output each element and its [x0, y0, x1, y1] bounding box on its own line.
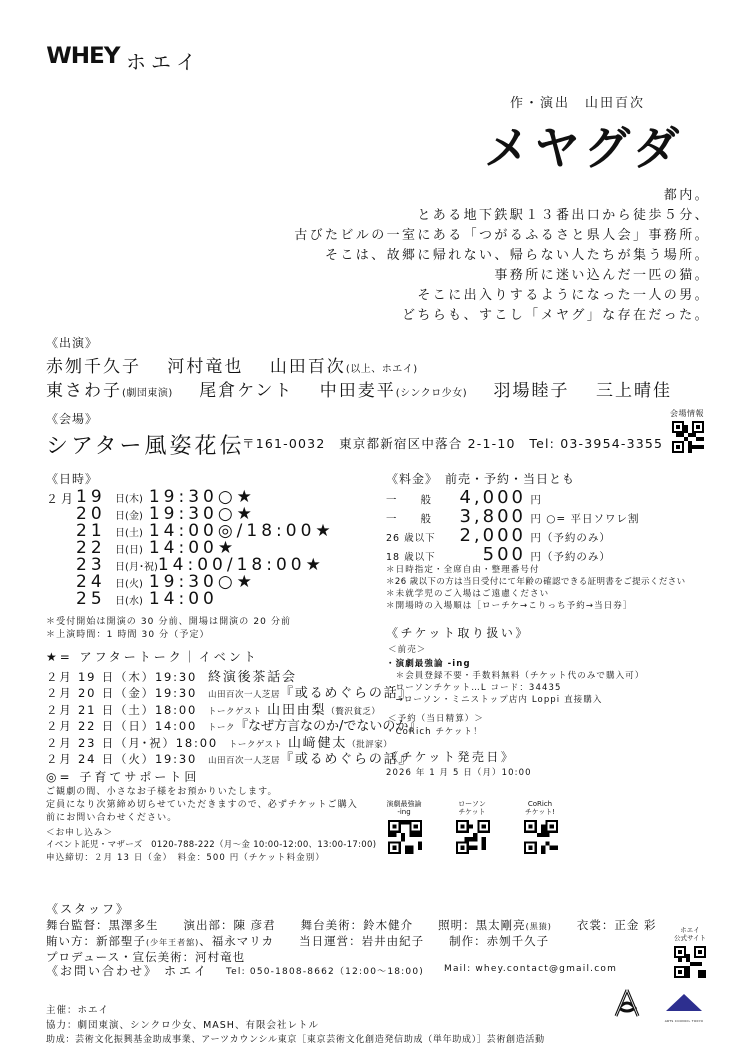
qr-label-corich: CoRichチケット! [520, 800, 560, 816]
whey-logo: WHEY [46, 44, 119, 69]
pricing-note: ＊日時指定・全席自由・整理番号付 [386, 563, 540, 576]
synopsis-line: そこは、故郷に帰れない、帰らない人たちが集う場所。 [294, 246, 710, 266]
pricing-label: 《料金》 前売・予約・当日とも [386, 470, 575, 487]
triangle-logo-icon [664, 993, 704, 1015]
cast-affiliation: (以上、ホエイ) [346, 364, 418, 375]
official-site-qr-code[interactable] [674, 946, 750, 978]
venue-qr-label: 会場情報 [670, 408, 704, 419]
company-name: ホエイ [126, 46, 201, 75]
play-title: メヤグダ [484, 112, 683, 178]
after-talk-row: ２月 22 日（日）14:00 トーク『なぜ方言なのか/でないのか』 [46, 715, 421, 731]
price-table: 一 般4,000 円 一 般3,800 円 ○= 平日ソワレ割 26 歳以下2,… [386, 487, 640, 563]
pricing-note: ＊26 歳以下の方は当日受付にて年齢の確認できる証明書をご提示ください [386, 575, 686, 588]
contact-org: ホエイ [164, 962, 209, 979]
tickets-label: 《チケット取り扱い》 [386, 624, 530, 641]
contact-email[interactable]: Mail: whey.contact@gmail.com [444, 964, 617, 974]
after-talk-row: ２月 24 日（火）19:30 山田百次一人芝居『或るめぐらの話』 [46, 748, 421, 764]
schedule-note: ＊受付開始は開演の 30 分前、開場は開演の 20 分前 [46, 614, 291, 627]
qr-code-corich[interactable] [524, 820, 750, 854]
synopsis-line: どちらも、すこし「メヤグ」な存在だった。 [294, 306, 710, 326]
childcare-text: 定員になり次第締め切らせていただきますので、必ずチケットご購入 [46, 797, 358, 810]
schedule-month: ２月 [46, 490, 76, 507]
cast-member: 中田麦平 [320, 381, 396, 401]
ticket-vendor-corich[interactable]: ・CoRich チケット！ [386, 725, 483, 738]
cooperation-credit: 協力：劇団東演、シンクロ少女、MASH、有限会社レトル [46, 1018, 545, 1033]
knot-a-logo-icon [612, 988, 642, 1018]
staff-line: 賄い方：新部聖子(少年王者舘)、福永マリカ 当日運営：岩井由紀子 制作：赤刎千久… [46, 934, 657, 950]
tickets-advance-label: ＜前売＞ [388, 643, 426, 656]
cast-label: 《出演》 [46, 334, 98, 351]
staff-label: 《スタッフ》 [46, 900, 130, 917]
release-label: 《チケット発売日》 [386, 748, 515, 765]
price-row: 26 歳以下2,000 円（予約のみ） [386, 525, 640, 544]
price-row: 18 歳以下500 円（予約のみ） [386, 544, 640, 563]
cast-line-1: 赤刎千久子 河村竜也 山田百次(以上、ホエイ) [46, 352, 418, 377]
cast-member: 山田百次 [270, 357, 346, 377]
childcare-label: ◎= 子育てサポート回 [46, 768, 199, 785]
staff-line: 舞台監督：黒澤多生 演出部：陳 彦君 舞台美術：鈴木健介 照明：黒太剛亮(黒猿)… [46, 918, 657, 934]
cast-member: 三上晴佳 [596, 381, 672, 401]
contact-tel[interactable]: Tel: 050-1808-8662（12:00～18:00) [226, 964, 424, 977]
price-row: 一 般4,000 円 [386, 487, 640, 506]
arts-council-tokyo-logo: ARTS COUNCIL TOKYO [664, 993, 704, 1023]
cast-member: 東さわ子 [46, 381, 122, 401]
childcare-text: ご観劇の間、小さなお子様をお預かりいたします。 [46, 784, 278, 797]
ticket-vendor-note: →ローソン・ミニストップ店内 Loppi 直接購入 [386, 693, 602, 706]
after-talk-label: ★= アフタートーク｜イベント [46, 648, 259, 665]
official-site-qr-label: ホエイ公式サイト [674, 926, 706, 942]
after-talk-row: ２月 20 日（金）19:30 山田百次一人芝居『或るめぐらの話』 [46, 682, 421, 698]
cast-affiliation: (シンクロ少女) [396, 388, 467, 399]
after-talk-row: ２月 23 日（月･祝）18:00 トークゲスト 山﨑健太（批評家） [46, 732, 421, 748]
venue-label: 《会場》 [46, 410, 98, 427]
pricing-note: ＊未就学児のご入場はご遠慮ください [386, 587, 549, 600]
arts-fund-logo [612, 988, 642, 1022]
arts-council-caption: ARTS COUNCIL TOKYO [664, 1019, 704, 1023]
childcare-text: 前にお問い合わせください。 [46, 810, 177, 823]
childcare-deadline: 申込締切：２月 13 日（金） 料金：500 円（チケット料金別） [46, 851, 325, 864]
credit-line: 作・演出 山田百次 [510, 92, 645, 111]
qr-label-engeki: 演劇最強論-ing [386, 800, 422, 816]
staff-list: 舞台監督：黒澤多生 演出部：陳 彦君 舞台美術：鈴木健介 照明：黒太剛亮(黒猿)… [46, 918, 657, 964]
contact-label: 《お問い合わせ》 [46, 962, 158, 979]
ticket-vendor-engeki[interactable]: ・演劇最強論 -ing [386, 657, 471, 670]
synopsis-line: 都内。 [294, 186, 710, 206]
synopsis-line: 事務所に迷い込んだ一匹の猫。 [294, 266, 710, 286]
ticket-vendor-lawson[interactable]: ・ローソンチケット…L コード：34435 [386, 681, 561, 694]
synopsis-line: とある地下鉄駅１３番出口から徒歩５分、 [294, 206, 710, 226]
after-talk-row: ２月 19 日（木）19:30 終演後茶話会 [46, 666, 421, 682]
synopsis-line: 古びたビルの一室にある「つがるふるさと県人会」事務所。 [294, 226, 710, 246]
synopsis: 都内。 とある地下鉄駅１３番出口から徒歩５分、 古びたビルの一室にある「つがるふ… [294, 186, 710, 326]
ticket-vendor-note: ＊会員登録不要・手数料無料（チケット代のみで購入可） [386, 669, 644, 682]
pricing-note: ＊開場時の入場順は［ローチケ→こりっち予約→当日券］ [386, 599, 633, 612]
venue-address: 〒161-0032 東京都新宿区中落合 2-1-10 Tel: 03-3954-… [242, 434, 663, 452]
cast-member: 羽場睦子 [494, 381, 570, 401]
schedule-note: ＊上演時間：1 時間 30 分（予定） [46, 627, 210, 640]
grant-credit: 助成：芸術文化振興基金助成事業、アーツカウンシル東京［東京芸術文化創造発信助成（… [46, 1033, 545, 1048]
qr-label-lawson: ローソンチケット [452, 800, 492, 816]
schedule-row: 25 日(水)14:00 [76, 591, 335, 608]
schedule-label: 《日時》 [46, 470, 98, 487]
cast-line-2: 東さわ子(劇団東演) 尾倉ケント 中田麦平(シンクロ少女) 羽場睦子 三上晴佳 [46, 376, 672, 401]
synopsis-line: そこに出入りするようになった一人の男。 [294, 286, 710, 306]
venue-qr-code[interactable] [672, 421, 704, 453]
cast-member: 河村竜也 [167, 357, 243, 377]
host-credit: 主催：ホエイ [46, 1003, 545, 1018]
tickets-reserve-label: ＜予約（当日精算）＞ [388, 712, 484, 725]
childcare-apply-contact: イベント託児・マザーズ 0120-788-222（月～金 10:00-12:00… [46, 838, 376, 851]
after-talk-list: ２月 19 日（木）19:30 終演後茶話会 ２月 20 日（金）19:30 山… [46, 666, 421, 764]
cast-affiliation: (劇団東演) [122, 388, 173, 399]
cast-member: 尾倉ケント [199, 381, 293, 401]
credits-footer: 主催：ホエイ 協力：劇団東演、シンクロ少女、MASH、有限会社レトル 助成：芸術… [46, 1003, 545, 1048]
cast-member: 赤刎千久子 [46, 357, 141, 377]
schedule-list: 19 日(木)19:30○★ 20 日(金)19:30○★ 21 日(土)14:… [76, 489, 335, 608]
childcare-apply-label: ＜お申し込み＞ [46, 826, 113, 839]
after-talk-row: ２月 21 日（土）18:00 トークゲスト 山田由梨（贅沢貧乏） [46, 699, 421, 715]
price-row: 一 般3,800 円 ○= 平日ソワレ割 [386, 506, 640, 525]
venue-name: シアター風姿花伝 [46, 429, 244, 460]
release-date: 2026 年 1 月 5 日（月）10:00 [386, 766, 532, 779]
